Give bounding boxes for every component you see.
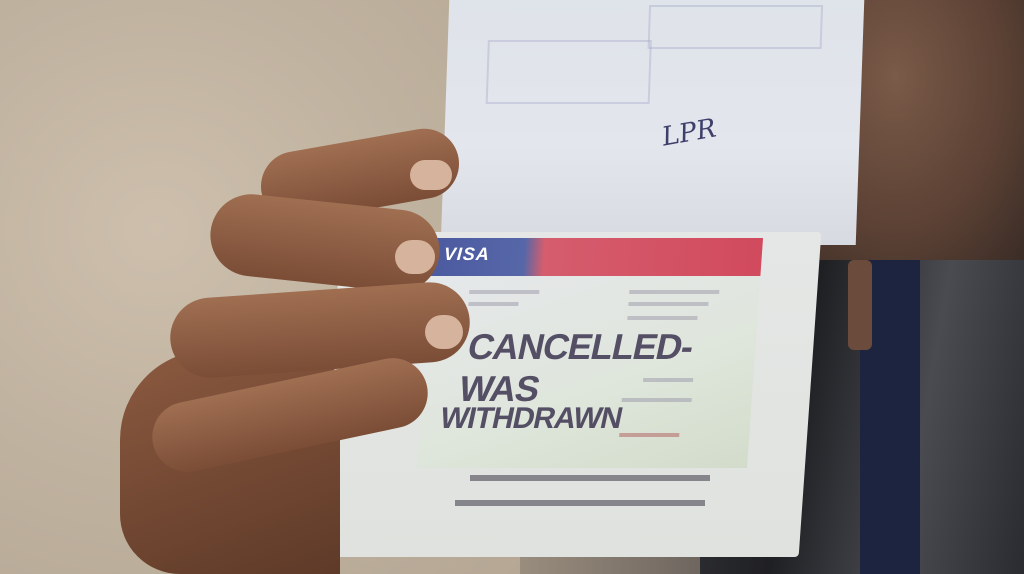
entry-stamp bbox=[486, 40, 652, 104]
fingernail bbox=[395, 240, 435, 274]
entry-stamp bbox=[648, 5, 824, 49]
fingernail bbox=[425, 315, 463, 349]
field-line bbox=[643, 378, 693, 382]
zipper-pull bbox=[848, 260, 872, 350]
fingernail bbox=[410, 160, 452, 190]
passport-upper-page bbox=[441, 0, 865, 245]
field-line bbox=[629, 290, 719, 294]
field-line bbox=[628, 302, 708, 306]
hand bbox=[110, 140, 490, 574]
field-line bbox=[627, 316, 697, 320]
field-line bbox=[622, 398, 692, 402]
mrz-line bbox=[455, 500, 705, 506]
field-line bbox=[619, 433, 679, 437]
mrz-line bbox=[470, 475, 710, 481]
photo-scene: LPR VISA CANCELLED-WAS WITHDRAWN bbox=[0, 0, 1024, 574]
cancelled-stamp-line1: CANCELLED-WAS bbox=[455, 326, 763, 410]
